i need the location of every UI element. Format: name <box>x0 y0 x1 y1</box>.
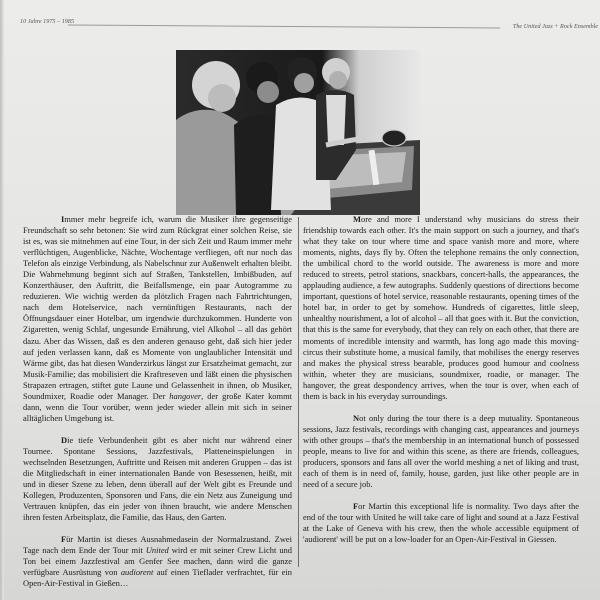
paragraph-de-3: Für Martin ist dieses Ausnahmedasein der… <box>23 534 292 589</box>
column-divider <box>298 217 299 567</box>
page-edge-shadow <box>0 0 4 600</box>
german-text-column: Immer mehr begreife ich, warum die Musik… <box>23 214 292 600</box>
english-text-column: More and more I understand why musicians… <box>303 214 579 556</box>
running-header: 10 Jahre 1975 – 1985 The United Jazz + R… <box>20 16 598 30</box>
photo-image <box>176 50 420 215</box>
header-right-text: The United Jazz + Rock Ensemble <box>513 23 598 30</box>
header-left-text: 10 Jahre 1975 – 1985 <box>20 18 74 25</box>
paragraph-de-2: Die tiefe Verbundenheit gibt es aber nic… <box>23 435 292 523</box>
paragraph-de-1: Immer mehr begreife ich, warum die Musik… <box>23 214 292 424</box>
header-rule <box>68 24 500 28</box>
paragraph-en-3: For Martin this exceptional life is norm… <box>303 501 579 545</box>
paragraph-en-1: More and more I understand why musicians… <box>303 214 579 402</box>
paragraph-en-2: Not only during the tour there is a deep… <box>303 413 579 490</box>
photo-musicians-at-mixing-console <box>176 50 420 215</box>
